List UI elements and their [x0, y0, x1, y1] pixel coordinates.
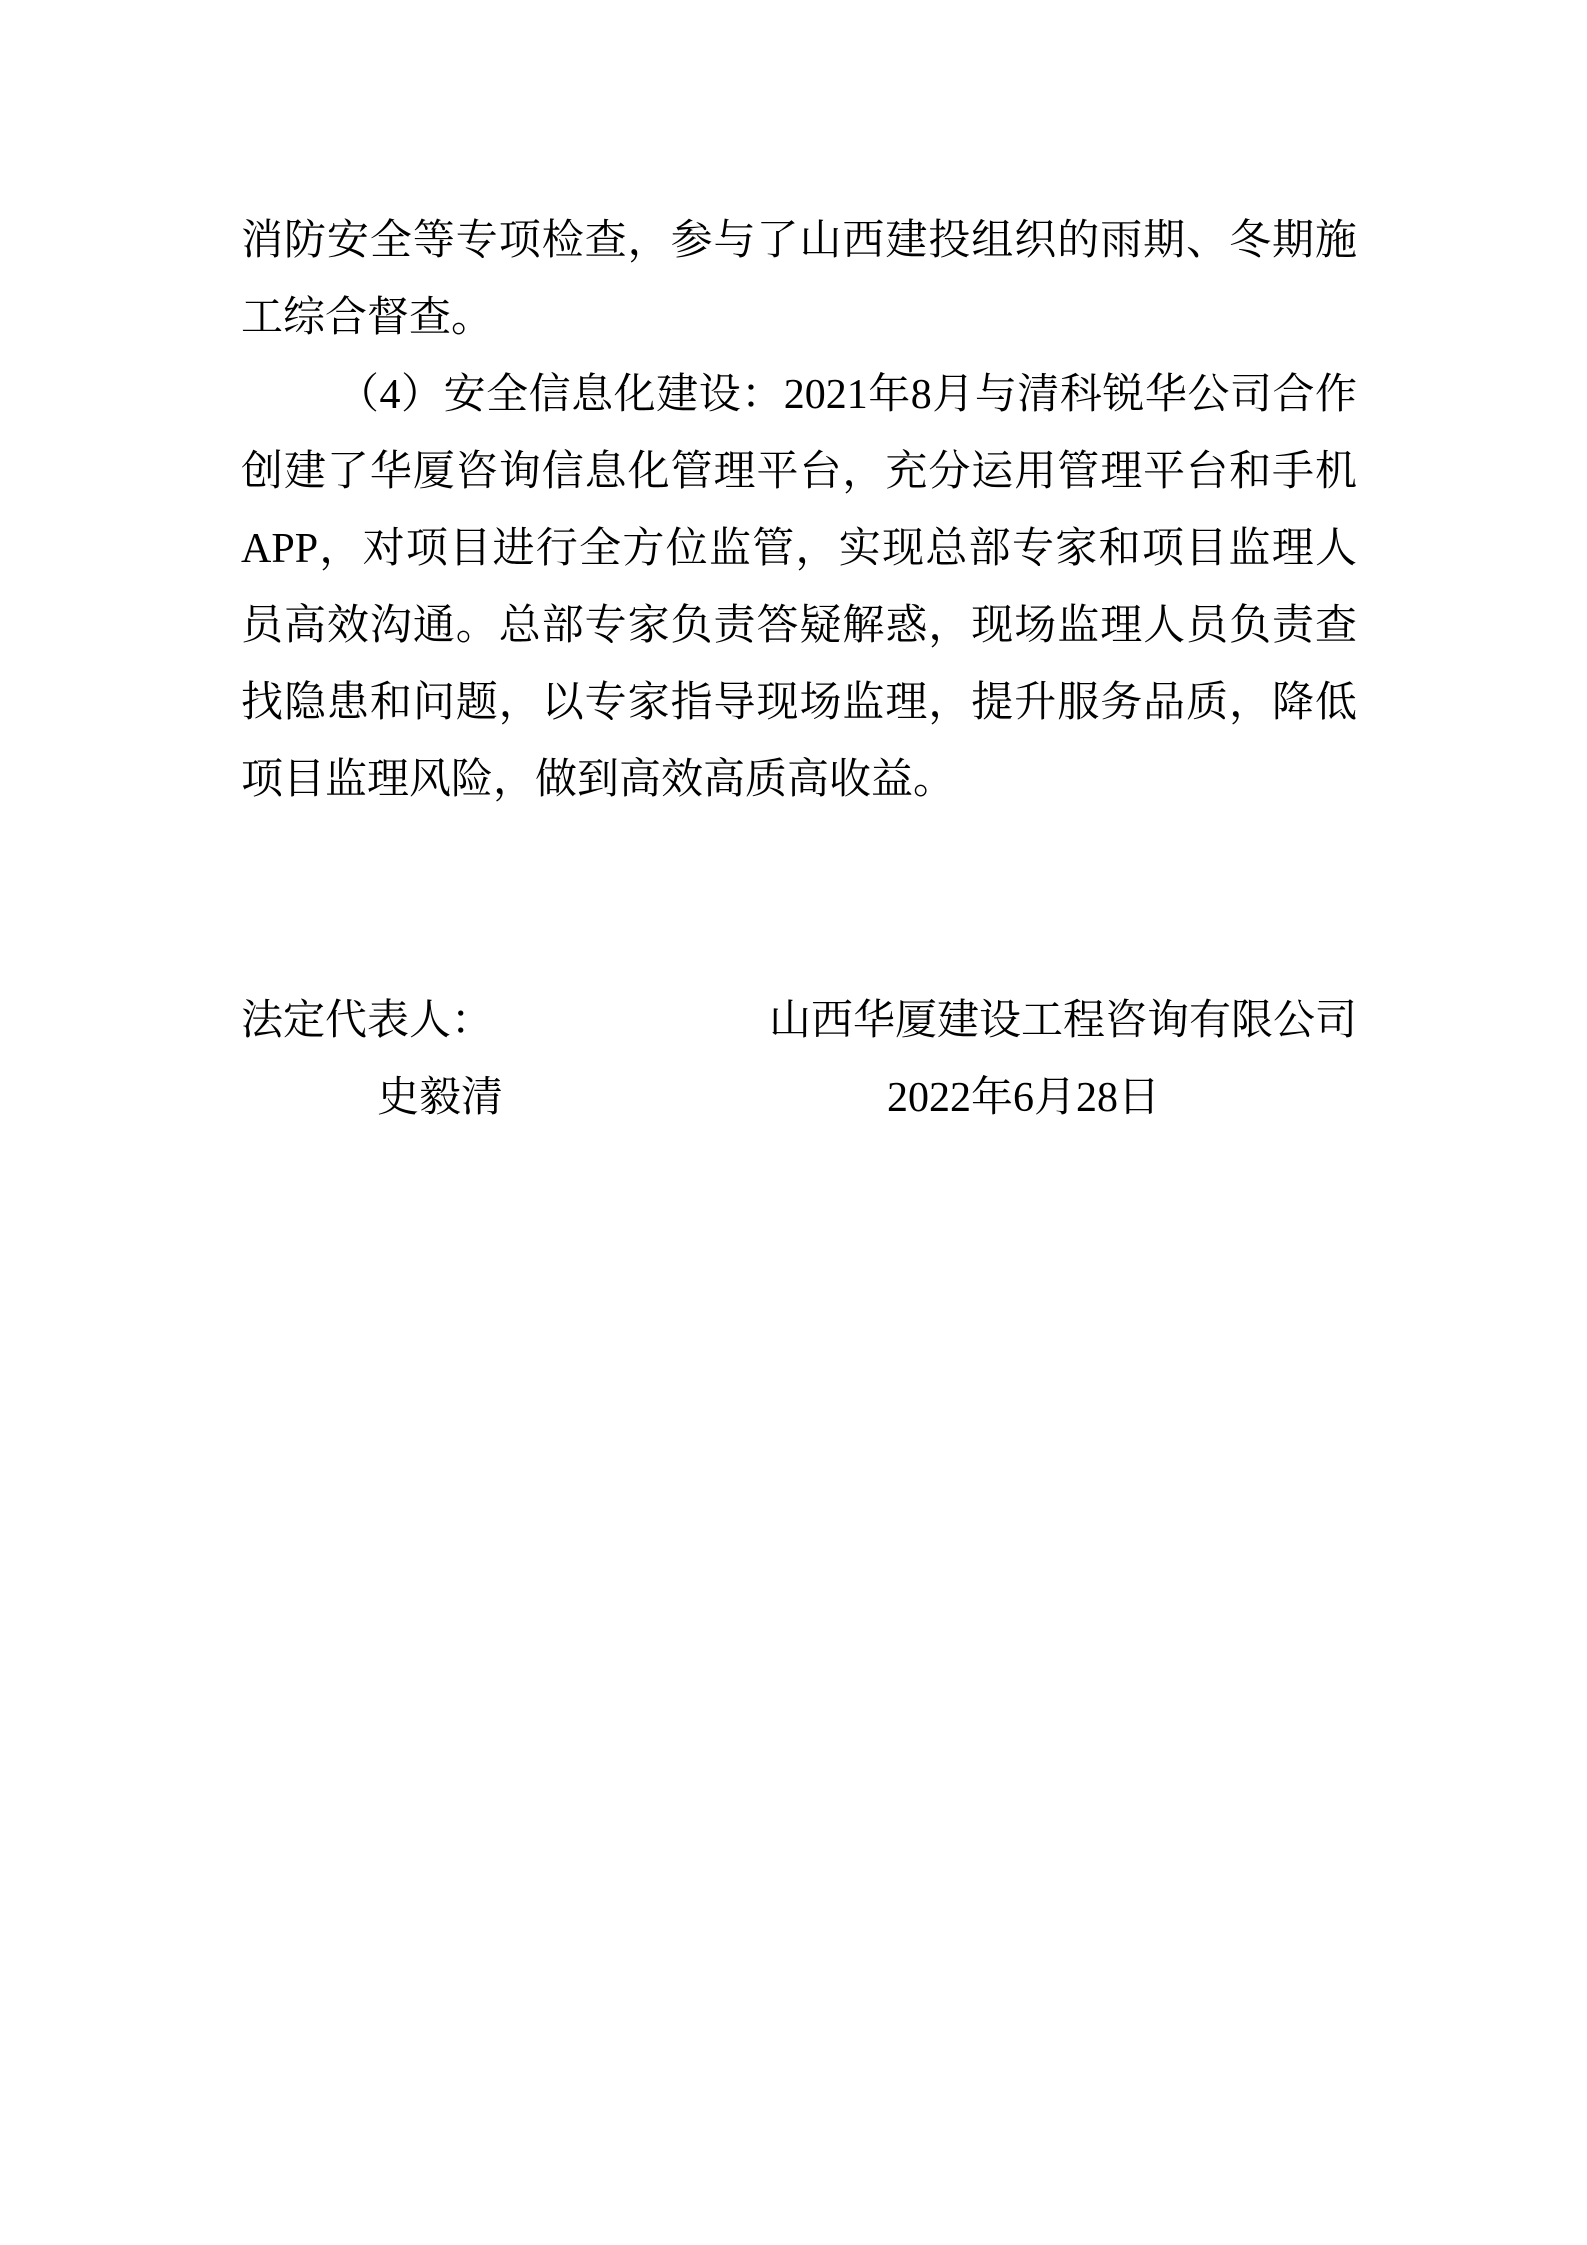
- document-content: 消防安全等专项检查，参与了山西建投组织的雨期、冬期施 工综合督查。 （4）安全信…: [241, 203, 1357, 1137]
- legal-representative-name: 史毅清: [377, 1060, 503, 1137]
- paragraph-continuation: 消防安全等专项检查，参与了山西建投组织的雨期、冬期施 工综合督查。: [241, 203, 1357, 357]
- text-line: 员高效沟通。总部专家负责答疑解惑，现场监理人员负责查: [241, 588, 1357, 665]
- legal-representative-label: 法定代表人：: [241, 983, 493, 1060]
- text-line: 工综合督查。: [241, 280, 1357, 357]
- signature-row-1: 法定代表人： 山西华厦建设工程咨询有限公司: [241, 983, 1357, 1060]
- text-line: 项目监理风险，做到高效高质高收益。: [241, 742, 1357, 819]
- text-line: 创建了华厦咨询信息化管理平台，充分运用管理平台和手机: [241, 434, 1357, 511]
- company-name: 山西华厦建设工程咨询有限公司: [769, 983, 1357, 1060]
- text-line: （4）安全信息化建设：2021年8月与清科锐华公司合作: [241, 357, 1357, 434]
- text-line: 找隐患和问题，以专家指导现场监理，提升服务品质，降低: [241, 665, 1357, 742]
- text-line: 消防安全等专项检查，参与了山西建投组织的雨期、冬期施: [241, 203, 1357, 280]
- signature-row-2: 史毅清 2022年6月28日: [241, 1060, 1357, 1137]
- paragraph-item4-safety-informatization: （4）安全信息化建设：2021年8月与清科锐华公司合作 创建了华厦咨询信息化管理…: [241, 357, 1357, 819]
- signature-block: 法定代表人： 山西华厦建设工程咨询有限公司 史毅清 2022年6月28日: [241, 983, 1357, 1137]
- text-line: APP，对项目进行全方位监管，实现总部专家和项目监理人: [241, 511, 1357, 588]
- document-page: 消防安全等专项检查，参与了山西建投组织的雨期、冬期施 工综合督查。 （4）安全信…: [0, 0, 1587, 2245]
- signature-date: 2022年6月28日: [887, 1060, 1160, 1137]
